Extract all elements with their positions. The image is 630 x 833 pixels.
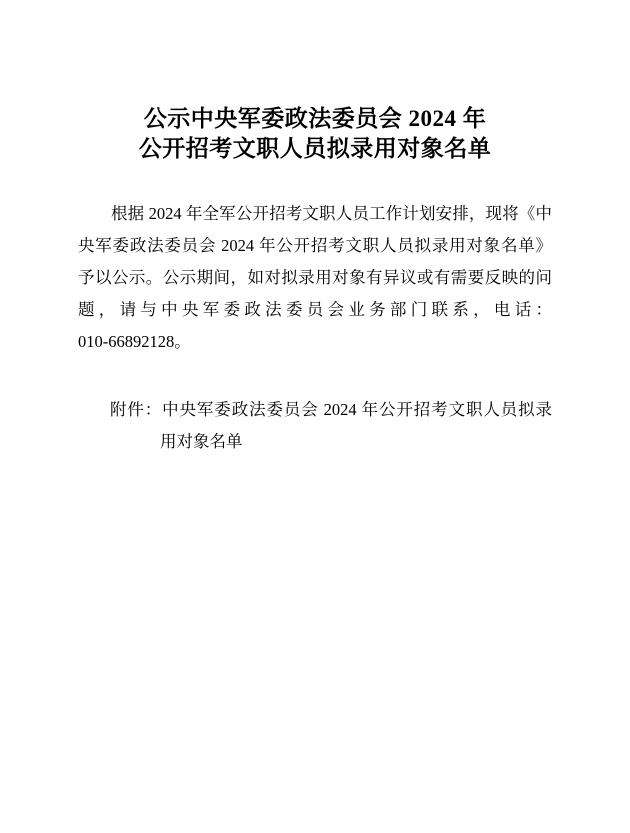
title-line-1: 公示中央军委政法委员会 2024 年 (78, 104, 552, 134)
announcement-paragraph: 根据 2024 年全军公开招考文职人员工作计划安排，现将《中 央军委政法委员会 … (78, 198, 552, 358)
body-line: 予以公示。公示期间，如对拟录用对象有异议或有需要反映的问 (78, 262, 552, 294)
attachment-line: 用对象名单 (160, 426, 552, 458)
attachment-line: 附件：中央军委政法委员会 2024 年公开招考文职人员拟录 (110, 394, 552, 426)
title-line-2: 公开招考文职人员拟录用对象名单 (78, 134, 552, 164)
body-line: 根据 2024 年全军公开招考文职人员工作计划安排，现将《中 (78, 198, 552, 230)
document-title: 公示中央军委政法委员会 2024 年 公开招考文职人员拟录用对象名单 (78, 104, 552, 164)
body-line: 央军委政法委员会 2024 年公开招考文职人员拟录用对象名单》 (78, 230, 552, 262)
document-page: 公示中央军委政法委员会 2024 年 公开招考文职人员拟录用对象名单 根据 20… (0, 0, 630, 833)
body-line: 题，请与中央军委政法委员会业务部门联系，电话： (78, 294, 552, 326)
attachment-section: 附件：中央军委政法委员会 2024 年公开招考文职人员拟录 用对象名单 (110, 394, 552, 458)
phone-number-line: 010-66892128。 (78, 326, 552, 358)
